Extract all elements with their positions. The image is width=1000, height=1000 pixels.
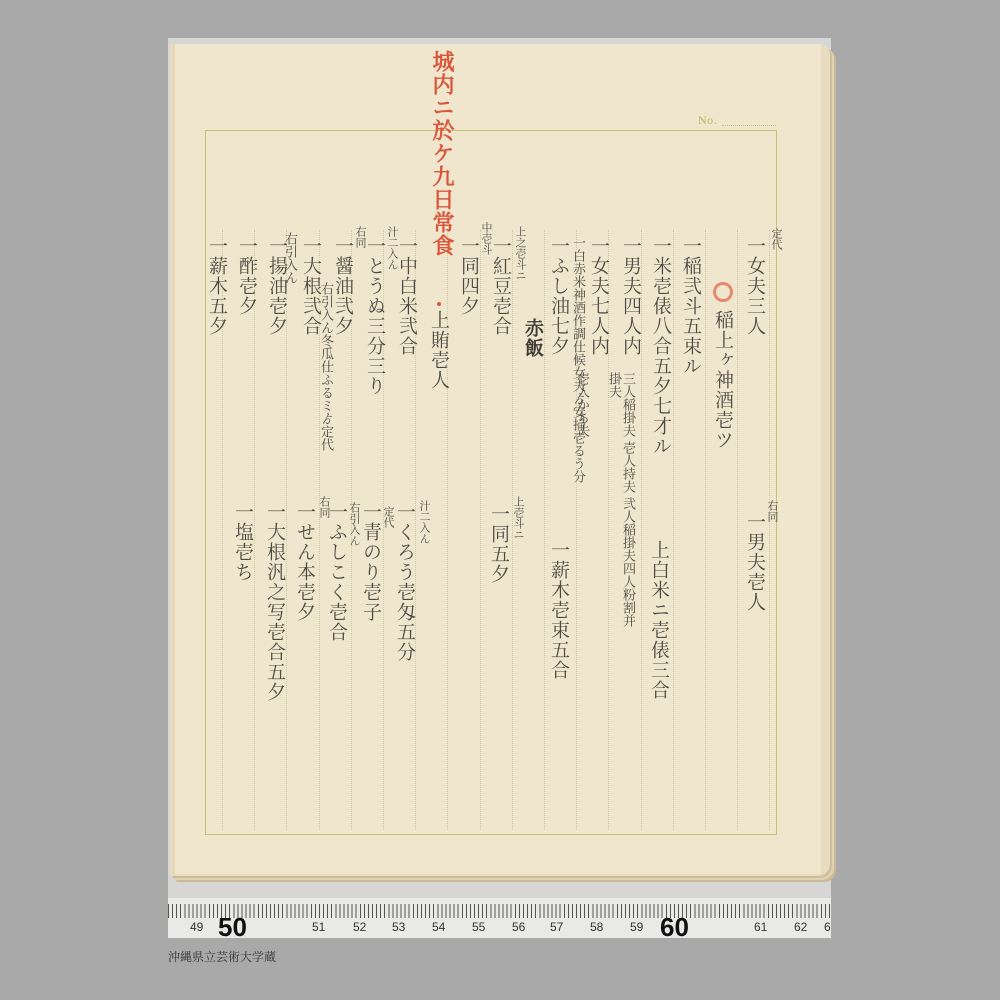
ruler-label: 52: [353, 920, 366, 934]
entry-upper-white-rice: 上白米ニ壱俵三合: [648, 540, 670, 700]
ruler-label: 57: [550, 920, 563, 934]
entry-note: 右同: [318, 496, 330, 518]
ruler-label: 54: [432, 920, 445, 934]
entry-note: 右引入ん: [348, 502, 360, 546]
ruler-label: 58: [590, 920, 603, 934]
page-number-label: No.: [698, 113, 717, 128]
entry-firewood-bundle: 一薪木壱束五合: [548, 540, 570, 680]
entry-men-four: 一男夫四人内: [620, 236, 642, 356]
entry-kurou: 一くろう壱匁五分: [394, 502, 416, 662]
entry-note: 汁二入ん: [386, 226, 398, 270]
entry-man-one: 一男夫壱人: [744, 512, 766, 612]
entry-daikon-dried: 一大根汎之写壱合五夕: [264, 502, 286, 702]
ruled-line: [544, 230, 545, 830]
collection-caption: 沖縄県立芸術大学蔵: [168, 948, 276, 965]
red-dot-mark-icon: [437, 302, 441, 306]
entry-same-five: 一同五夕: [488, 504, 510, 584]
entry-note: 汁二入ん: [418, 500, 430, 544]
entry-fushi-oil: 一ふし油七夕: [548, 236, 570, 356]
ruled-line: [480, 230, 481, 830]
page-number-line: [722, 125, 776, 126]
document-title: 城内ニ於ケ九日常食: [426, 50, 454, 257]
entry-white-rice: 一中白米弐合: [396, 236, 418, 356]
entry-note: 中壱斗: [480, 222, 492, 255]
entry-men-four-detail: 三人稲掛夫 壱人持夫 弐人稲掛夫四人粉割并掛夫: [606, 372, 634, 632]
entry-white-red-rice: 一白赤米神酒作調仕候女夫ゟ安掃壱るう分: [570, 236, 584, 483]
measuring-ruler: 495051525354555657585960616263: [168, 898, 831, 938]
ruled-line: [737, 230, 738, 830]
section-sekihan: 赤飯: [522, 318, 544, 358]
entry-note: 上壱斗ニ: [512, 496, 524, 540]
ruler-label: 62: [794, 920, 807, 934]
entry-vinegar: 一酢壱夕: [236, 236, 258, 316]
ruler-label: 59: [630, 920, 643, 934]
entry-same-four: 一同四夕: [458, 236, 480, 316]
entry-women-three: 一女夫三人: [744, 236, 766, 336]
ruler-label: 49: [190, 920, 203, 934]
entry-frying-oil: 一揚油壱夕: [266, 236, 288, 336]
entry-rice-bale: 一米壱俵八合五夕七才ル: [650, 236, 672, 456]
entry-note: 定代: [770, 228, 782, 250]
entry-senmoto: 一せん本壱夕: [294, 502, 316, 622]
ruled-line: [769, 230, 770, 830]
ruler-ticks: [168, 904, 831, 918]
section-upper-cook: 上賄壱人: [428, 310, 450, 390]
entry-women-seven: 一女夫七人内: [588, 236, 610, 356]
ruled-line: [673, 230, 674, 830]
ruler-label: 53: [392, 920, 405, 934]
entry-note: 定代: [382, 506, 394, 528]
ruler-label: 63: [824, 920, 831, 934]
ruler-label: 56: [512, 920, 525, 934]
entry-firewood: 一薪木五夕: [206, 236, 228, 336]
ruled-line: [254, 230, 255, 830]
entry-fushikoku: 一ふしこく壱合: [326, 502, 348, 642]
entry-salt: 一塩壱ち: [232, 502, 254, 582]
entry-note: 上之壱斗ニ: [514, 226, 526, 281]
ruler-label: 51: [312, 920, 325, 934]
entry-note: 右同: [354, 226, 366, 248]
entry-note: 右同: [766, 500, 778, 522]
entry-red-beans: 一紅豆壱合: [490, 236, 512, 336]
ruled-line: [705, 230, 706, 830]
entry-aonori: 一青のり壱子: [360, 502, 382, 622]
entry-sacred-wine: 稲上ヶ神酒壱ツ: [712, 310, 734, 450]
entry-rice-stalks: 一稲弐斗五束ル: [680, 236, 702, 376]
ruler-label: 55: [472, 920, 485, 934]
entry-soy-sauce: 一醤油弐夕: [332, 236, 354, 336]
ruler-label: 50: [218, 912, 247, 938]
ruler-label: 60: [660, 912, 689, 938]
red-circle-mark-icon: [713, 282, 733, 302]
ruler-label: 61: [754, 920, 767, 934]
entry-daikon: 一大根弐合: [300, 236, 322, 336]
entry-tounu: 一とうぬ三分三り: [364, 236, 386, 396]
